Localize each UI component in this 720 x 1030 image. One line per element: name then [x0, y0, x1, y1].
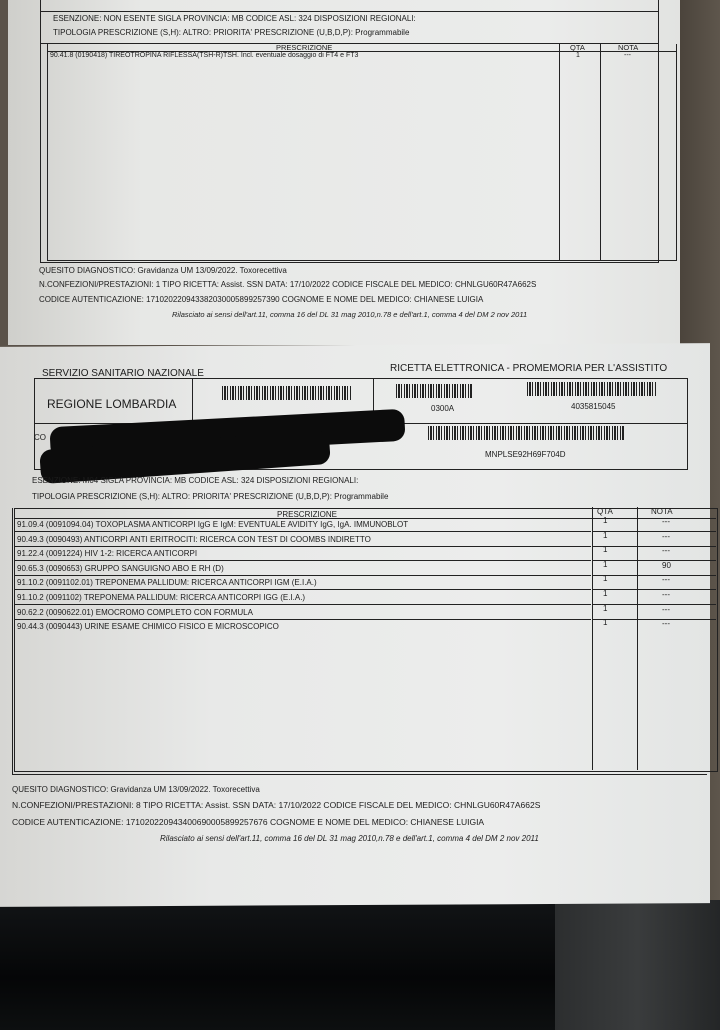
row-nota: --- — [662, 575, 670, 584]
row-nota: --- — [662, 517, 670, 526]
row-description: 90.49.3 (0090493) ANTICORPI ANTI ERITROC… — [17, 535, 371, 544]
patient-label-fragment: CO — [34, 433, 46, 442]
table-row: 90.49.3 (0090493) ANTICORPI ANTI ERITROC… — [15, 534, 591, 547]
row-description: 90.62.2 (0090622.01) EMOCROMO COMPLETO C… — [17, 608, 253, 617]
row-qta: 1 — [603, 604, 607, 613]
table-row: 90.65.3 (0090653) GRUPPO SANGUIGNO ABO E… — [15, 563, 591, 576]
divider — [592, 546, 716, 547]
row-description: 91.22.4 (0091224) HIV 1-2: RICERCA ANTIC… — [17, 549, 197, 558]
row-nota: 90 — [662, 561, 671, 570]
column-divider — [600, 44, 601, 260]
top-item-0-desc: 90.41.8 (0190418) TIREOTROPINA RIFLESSA(… — [50, 52, 358, 59]
table-row: 91.09.4 (0091094.04) TOXOPLASMA ANTICORP… — [15, 519, 591, 532]
row-qta: 1 — [603, 545, 607, 554]
barcode-code-a: 0300A — [431, 404, 454, 413]
divider — [592, 531, 716, 532]
top-confezioni-line: N.CONFEZIONI/PRESTAZIONI: 1 TIPO RICETTA… — [39, 280, 536, 289]
row-qta: 1 — [603, 618, 607, 627]
bottom-confezioni-line: N.CONFEZIONI/PRESTAZIONI: 8 TIPO RICETTA… — [12, 800, 540, 810]
row-nota: --- — [662, 619, 670, 628]
divider — [592, 604, 716, 605]
ricetta-header: RICETTA ELETTRONICA - PROMEMORIA PER L'A… — [390, 363, 667, 374]
region-name: REGIONE LOMBARDIA — [47, 397, 176, 411]
divider — [592, 589, 716, 590]
top-quesito: QUESITO DIAGNOSTICO: Gravidanza UM 13/09… — [39, 266, 287, 275]
row-nota: --- — [662, 605, 670, 614]
barcode-icon — [428, 426, 624, 440]
row-nota: --- — [662, 546, 670, 555]
table-row: 91.10.2 (0091102) TREPONEMA PALLIDUM: RI… — [15, 592, 591, 605]
table-row: 91.22.4 (0091224) HIV 1-2: RICERCA ANTIC… — [15, 548, 591, 561]
row-nota: --- — [662, 532, 670, 541]
bottom-autenticazione-line: CODICE AUTENTICAZIONE: 17102022094340069… — [12, 817, 484, 827]
row-qta: 1 — [603, 589, 607, 598]
bottom-legal-note: Rilasciato ai sensi dell'art.11, comma 1… — [160, 834, 539, 843]
bottom-tipologia-line: TIPOLOGIA PRESCRIZIONE (S,H): ALTRO: PRI… — [32, 492, 388, 501]
row-nota: --- — [662, 590, 670, 599]
column-divider — [192, 378, 193, 423]
divider — [40, 11, 658, 12]
top-legal-note: Rilasciato ai sensi dell'art.11, comma 1… — [172, 310, 527, 319]
column-divider — [559, 44, 560, 260]
divider — [592, 619, 716, 620]
dark-seat-background — [0, 900, 720, 1030]
barcode-code-b: 4035815045 — [571, 402, 616, 411]
divider — [592, 575, 716, 576]
top-prescription-table — [47, 44, 677, 261]
top-item-0-nota: --- — [624, 52, 631, 59]
bottom-header-qta: QTA — [597, 507, 613, 516]
bottom-header-nota: NOTA — [651, 507, 673, 516]
row-description: 91.10.2 (0091102) TREPONEMA PALLIDUM: RI… — [17, 593, 305, 602]
leather-seat — [555, 900, 720, 1030]
row-qta: 1 — [603, 574, 607, 583]
bottom-esenzione-line: ESENZIONE: M04 SIGLA PROVINCIA: MB CODIC… — [32, 476, 358, 485]
bottom-quesito: QUESITO DIAGNOSTICO: Gravidanza UM 13/09… — [12, 785, 260, 794]
row-qta: 1 — [603, 531, 607, 540]
top-item-0-qta: 1 — [576, 52, 580, 59]
row-qta: 1 — [603, 516, 607, 525]
barcode-icon — [396, 384, 472, 398]
top-autenticazione-line: CODICE AUTENTICAZIONE: 17102022094338203… — [39, 295, 483, 304]
divider — [592, 560, 716, 561]
barcode-icon — [222, 386, 352, 400]
table-row: 90.44.3 (0090443) URINE ESAME CHIMICO FI… — [15, 621, 591, 633]
barcode-icon — [527, 382, 657, 396]
row-description: 91.10.2 (0091102.01) TREPONEMA PALLIDUM:… — [17, 578, 317, 587]
top-esenzione-line: ESENZIONE: NON ESENTE SIGLA PROVINCIA: M… — [53, 14, 416, 23]
table-row: 91.10.2 (0091102.01) TREPONEMA PALLIDUM:… — [15, 577, 591, 590]
row-description: 90.44.3 (0090443) URINE ESAME CHIMICO FI… — [17, 622, 279, 631]
table-row: 90.62.2 (0090622.01) EMOCROMO COMPLETO C… — [15, 607, 591, 620]
codice-fiscale-paziente: MNPLSE92H69F704D — [485, 450, 565, 459]
row-qta: 1 — [603, 560, 607, 569]
top-tipologia-line: TIPOLOGIA PRESCRIZIONE (S,H): ALTRO: PRI… — [53, 28, 409, 37]
row-description: 91.09.4 (0091094.04) TOXOPLASMA ANTICORP… — [17, 520, 408, 529]
row-description: 90.65.3 (0090653) GRUPPO SANGUIGNO ABO E… — [17, 564, 224, 573]
